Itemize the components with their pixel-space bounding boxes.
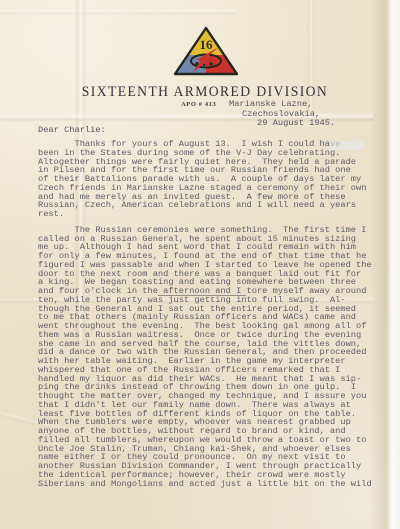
- division-number: 16: [200, 37, 214, 52]
- letter-body: Thanks for yours of August 13. I wish I …: [38, 140, 383, 488]
- salutation-text: Dear Charlie:: [38, 126, 106, 135]
- apo-number: APO # 413: [181, 101, 216, 108]
- salutation: Dear Charlie:: [38, 126, 106, 135]
- text-line: 29 August 1945.: [257, 119, 335, 129]
- paragraph-1: Thanks for yours of August 13. I wish I …: [38, 140, 383, 219]
- paragraph-2: The Russian ceremonies were something. T…: [38, 226, 383, 489]
- track-wheel-icon: [209, 62, 212, 65]
- insignia-triangle-icon: 16: [173, 26, 239, 76]
- scanned-letter: 16 SIXTEENTH ARMORED DIVISION APO # 413 …: [0, 0, 400, 529]
- text-line: Siberians and Mongolians and acted just …: [38, 480, 383, 489]
- erased-word-mark: [330, 141, 364, 150]
- dateline: Marianske Lazne,Czechoslovakia,29 August…: [229, 100, 335, 129]
- text-line: rest.: [38, 210, 383, 219]
- strikethrough-mark: [158, 295, 246, 296]
- armored-division-insignia: 16: [173, 26, 239, 81]
- text-line: Russian, Czech, American celebrations an…: [38, 201, 383, 210]
